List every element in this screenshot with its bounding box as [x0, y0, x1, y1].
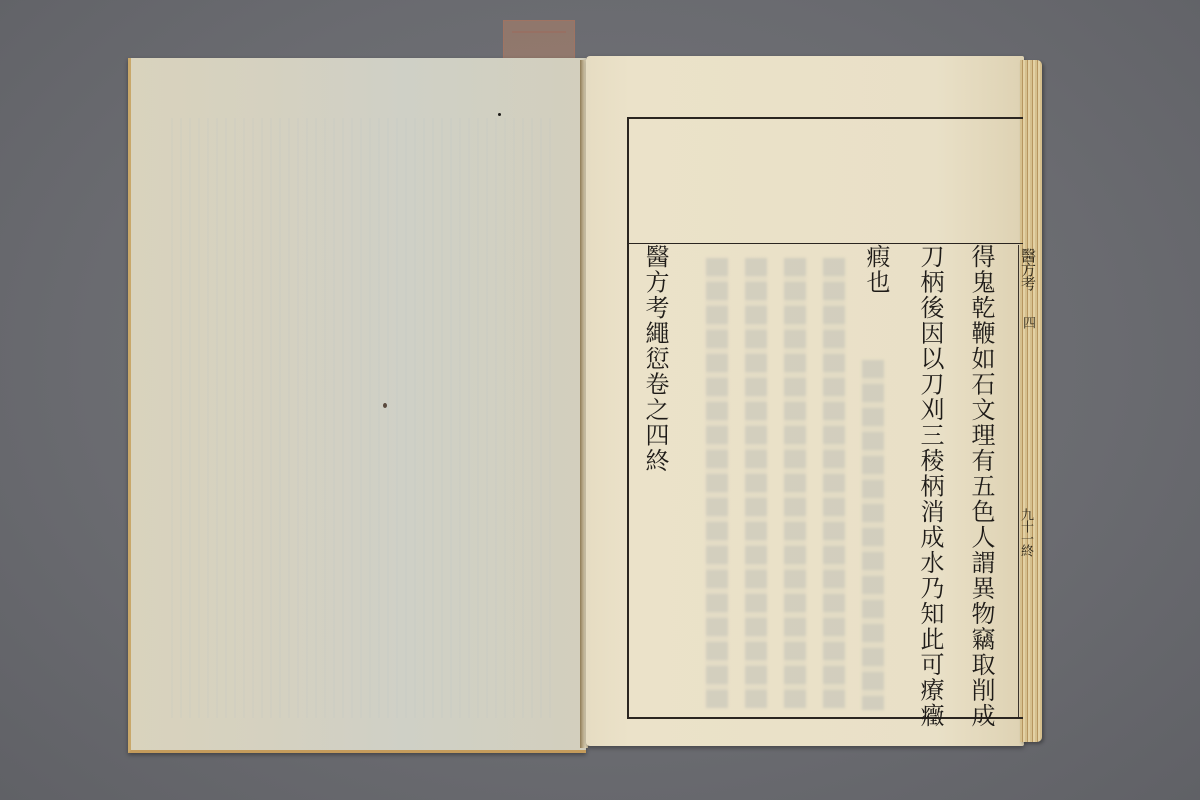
text-column-1: 得鬼乾鞭如石文理有五色人謂異物竊取削成	[966, 244, 996, 729]
bleed-through-column	[706, 258, 728, 708]
spine-title: 醫方考	[1018, 248, 1039, 290]
bleed-through-column	[823, 258, 845, 708]
text-column-3: 瘕也	[861, 244, 891, 295]
stain-speck	[383, 403, 387, 408]
ink-speck	[498, 113, 501, 116]
page-edge-stack	[1020, 60, 1042, 742]
paper-fiber-texture	[171, 118, 551, 718]
top-margin-band	[629, 119, 1023, 244]
spine-volume: 四	[1018, 316, 1037, 328]
volume-end-title: 醫方考繩愆卷之四終	[640, 244, 670, 474]
bleed-through-column	[784, 258, 806, 708]
text-column-2: 刀柄後因以刀刈三稜柄消成水乃知此可療癥	[915, 244, 945, 729]
bleed-through-column	[862, 360, 884, 710]
left-page-endpaper	[128, 58, 586, 753]
spine-page-number: 九十一終	[1016, 508, 1035, 556]
bleed-through-column	[745, 258, 767, 708]
